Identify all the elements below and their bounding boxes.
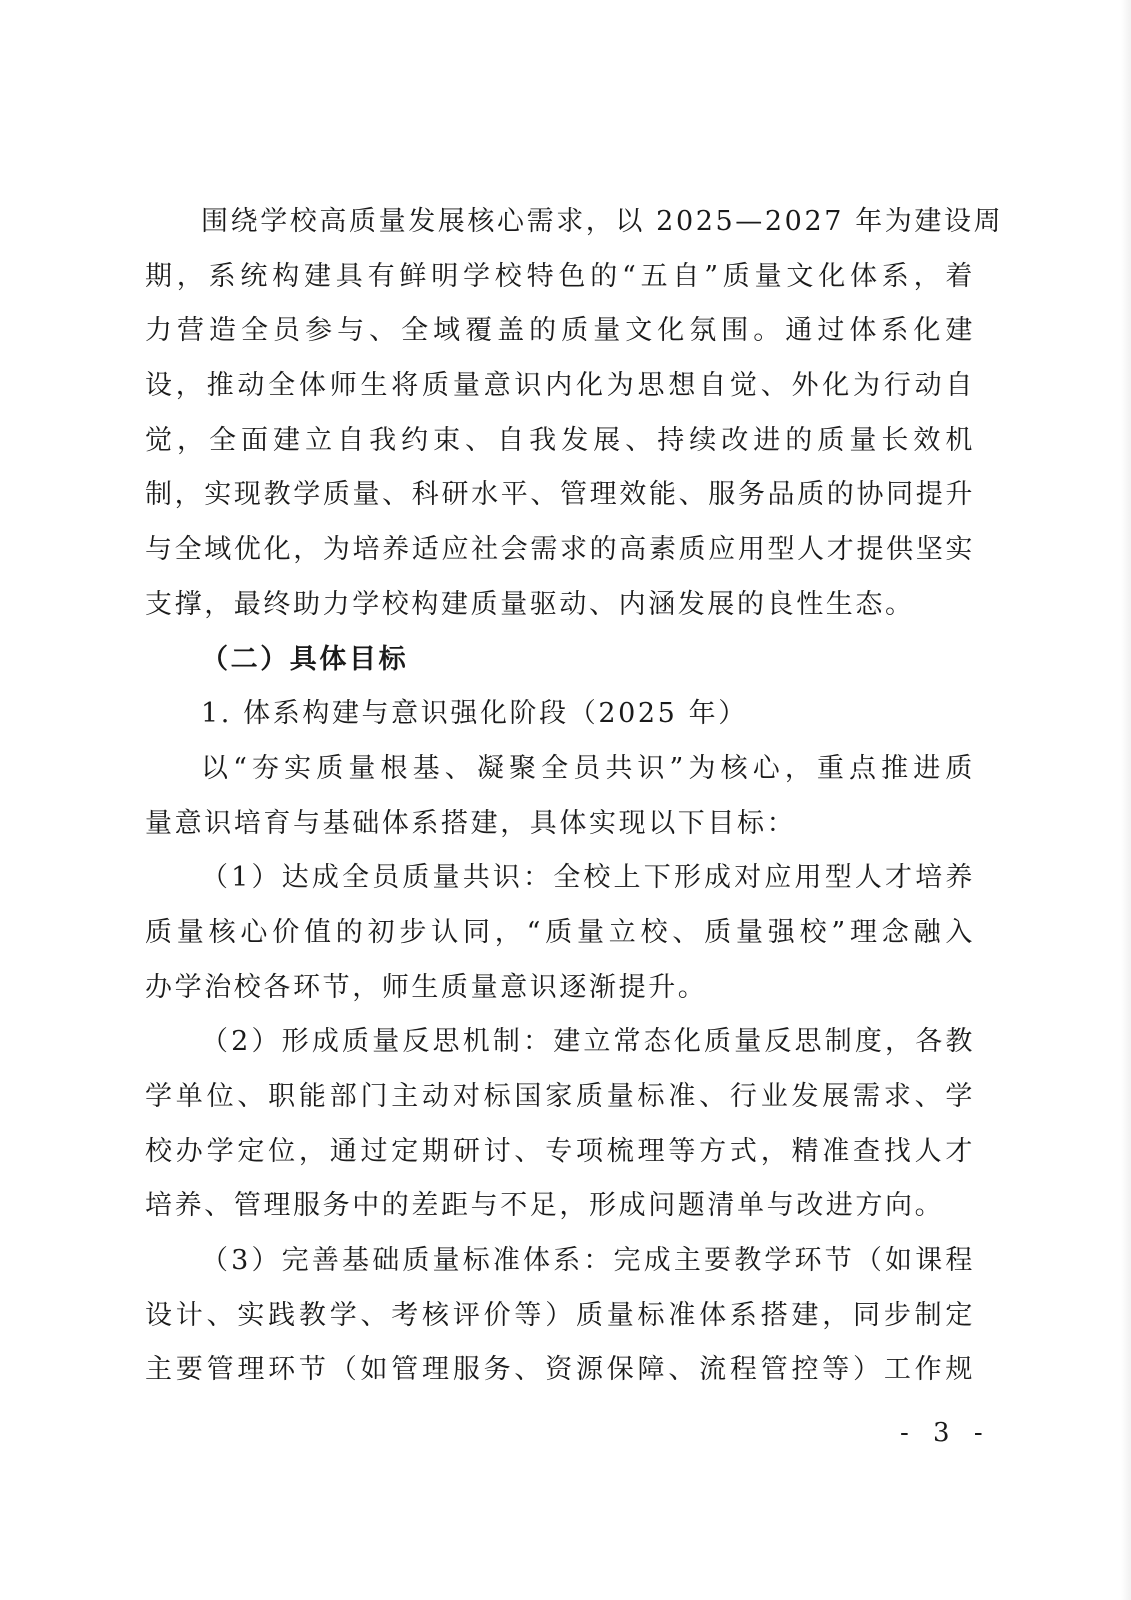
text-line: 以“夯实质量根基、凝聚全员共识”为核心，重点推进质 xyxy=(145,742,975,797)
list-item-1: （1）达成全员质量共识：全校上下形成对应用型人才培养 质量核心价值的初步认同，“… xyxy=(145,851,975,1015)
paragraph-phase-intro: 以“夯实质量根基、凝聚全员共识”为核心，重点推进质 量意识培育与基础体系搭建，具… xyxy=(145,742,975,851)
text-line: （2）形成质量反思机制：建立常态化质量反思制度，各教 xyxy=(145,1015,975,1070)
text-line: 期，系统构建具有鲜明学校特色的“五自”质量文化体系，着 xyxy=(145,250,975,305)
text-line: 学单位、职能部门主动对标国家质量标准、行业发展需求、学 xyxy=(145,1070,975,1125)
page-edge xyxy=(1121,0,1131,1600)
page-number: - 3 - xyxy=(900,1418,991,1448)
text-line: 设计、实践教学、考核评价等）质量标准体系搭建，同步制定 xyxy=(145,1289,975,1344)
text-line: 量意识培育与基础体系搭建，具体实现以下目标： xyxy=(145,797,975,852)
list-item-3: （3）完善基础质量标准体系：完成主要教学环节（如课程 设计、实践教学、考核评价等… xyxy=(145,1234,975,1398)
text-line: 校办学定位，通过定期研讨、专项梳理等方式，精准查找人才 xyxy=(145,1125,975,1180)
text-line: 设，推动全体师生将质量意识内化为思想自觉、外化为行动自 xyxy=(145,359,975,414)
list-item-2: （2）形成质量反思机制：建立常态化质量反思制度，各教 学单位、职能部门主动对标国… xyxy=(145,1015,975,1234)
text-line: （3）完善基础质量标准体系：完成主要教学环节（如课程 xyxy=(145,1234,975,1289)
text-line: 与全域优化，为培养适应社会需求的高素质应用型人才提供坚实 xyxy=(145,523,975,578)
section-heading: （二）具体目标 xyxy=(145,633,975,688)
text-line: 主要管理环节（如管理服务、资源保障、流程管控等）工作规 xyxy=(145,1343,975,1398)
subsection-heading: 1. 体系构建与意识强化阶段（2025 年） xyxy=(145,687,975,742)
paragraph-overall-goal: 围绕学校高质量发展核心需求，以 2025—2027 年为建设周 期，系统构建具有… xyxy=(145,195,975,633)
text-line: 力营造全员参与、全域覆盖的质量文化氛围。通过体系化建 xyxy=(145,304,975,359)
text-line: 办学治校各环节，师生质量意识逐渐提升。 xyxy=(145,961,975,1016)
text-line: 制，实现教学质量、科研水平、管理效能、服务品质的协同提升 xyxy=(145,468,975,523)
text-line: 支撑，最终助力学校构建质量驱动、内涵发展的良性生态。 xyxy=(145,578,975,633)
text-line: 围绕学校高质量发展核心需求，以 2025—2027 年为建设周 xyxy=(145,195,975,250)
text-line: 质量核心价值的初步认同，“质量立校、质量强校”理念融入 xyxy=(145,906,975,961)
text-line: 培养、管理服务中的差距与不足，形成问题清单与改进方向。 xyxy=(145,1179,975,1234)
text-line: （1）达成全员质量共识：全校上下形成对应用型人才培养 xyxy=(145,851,975,906)
text-line: 觉，全面建立自我约束、自我发展、持续改进的质量长效机 xyxy=(145,414,975,469)
document-body: 围绕学校高质量发展核心需求，以 2025—2027 年为建设周 期，系统构建具有… xyxy=(145,195,975,1398)
